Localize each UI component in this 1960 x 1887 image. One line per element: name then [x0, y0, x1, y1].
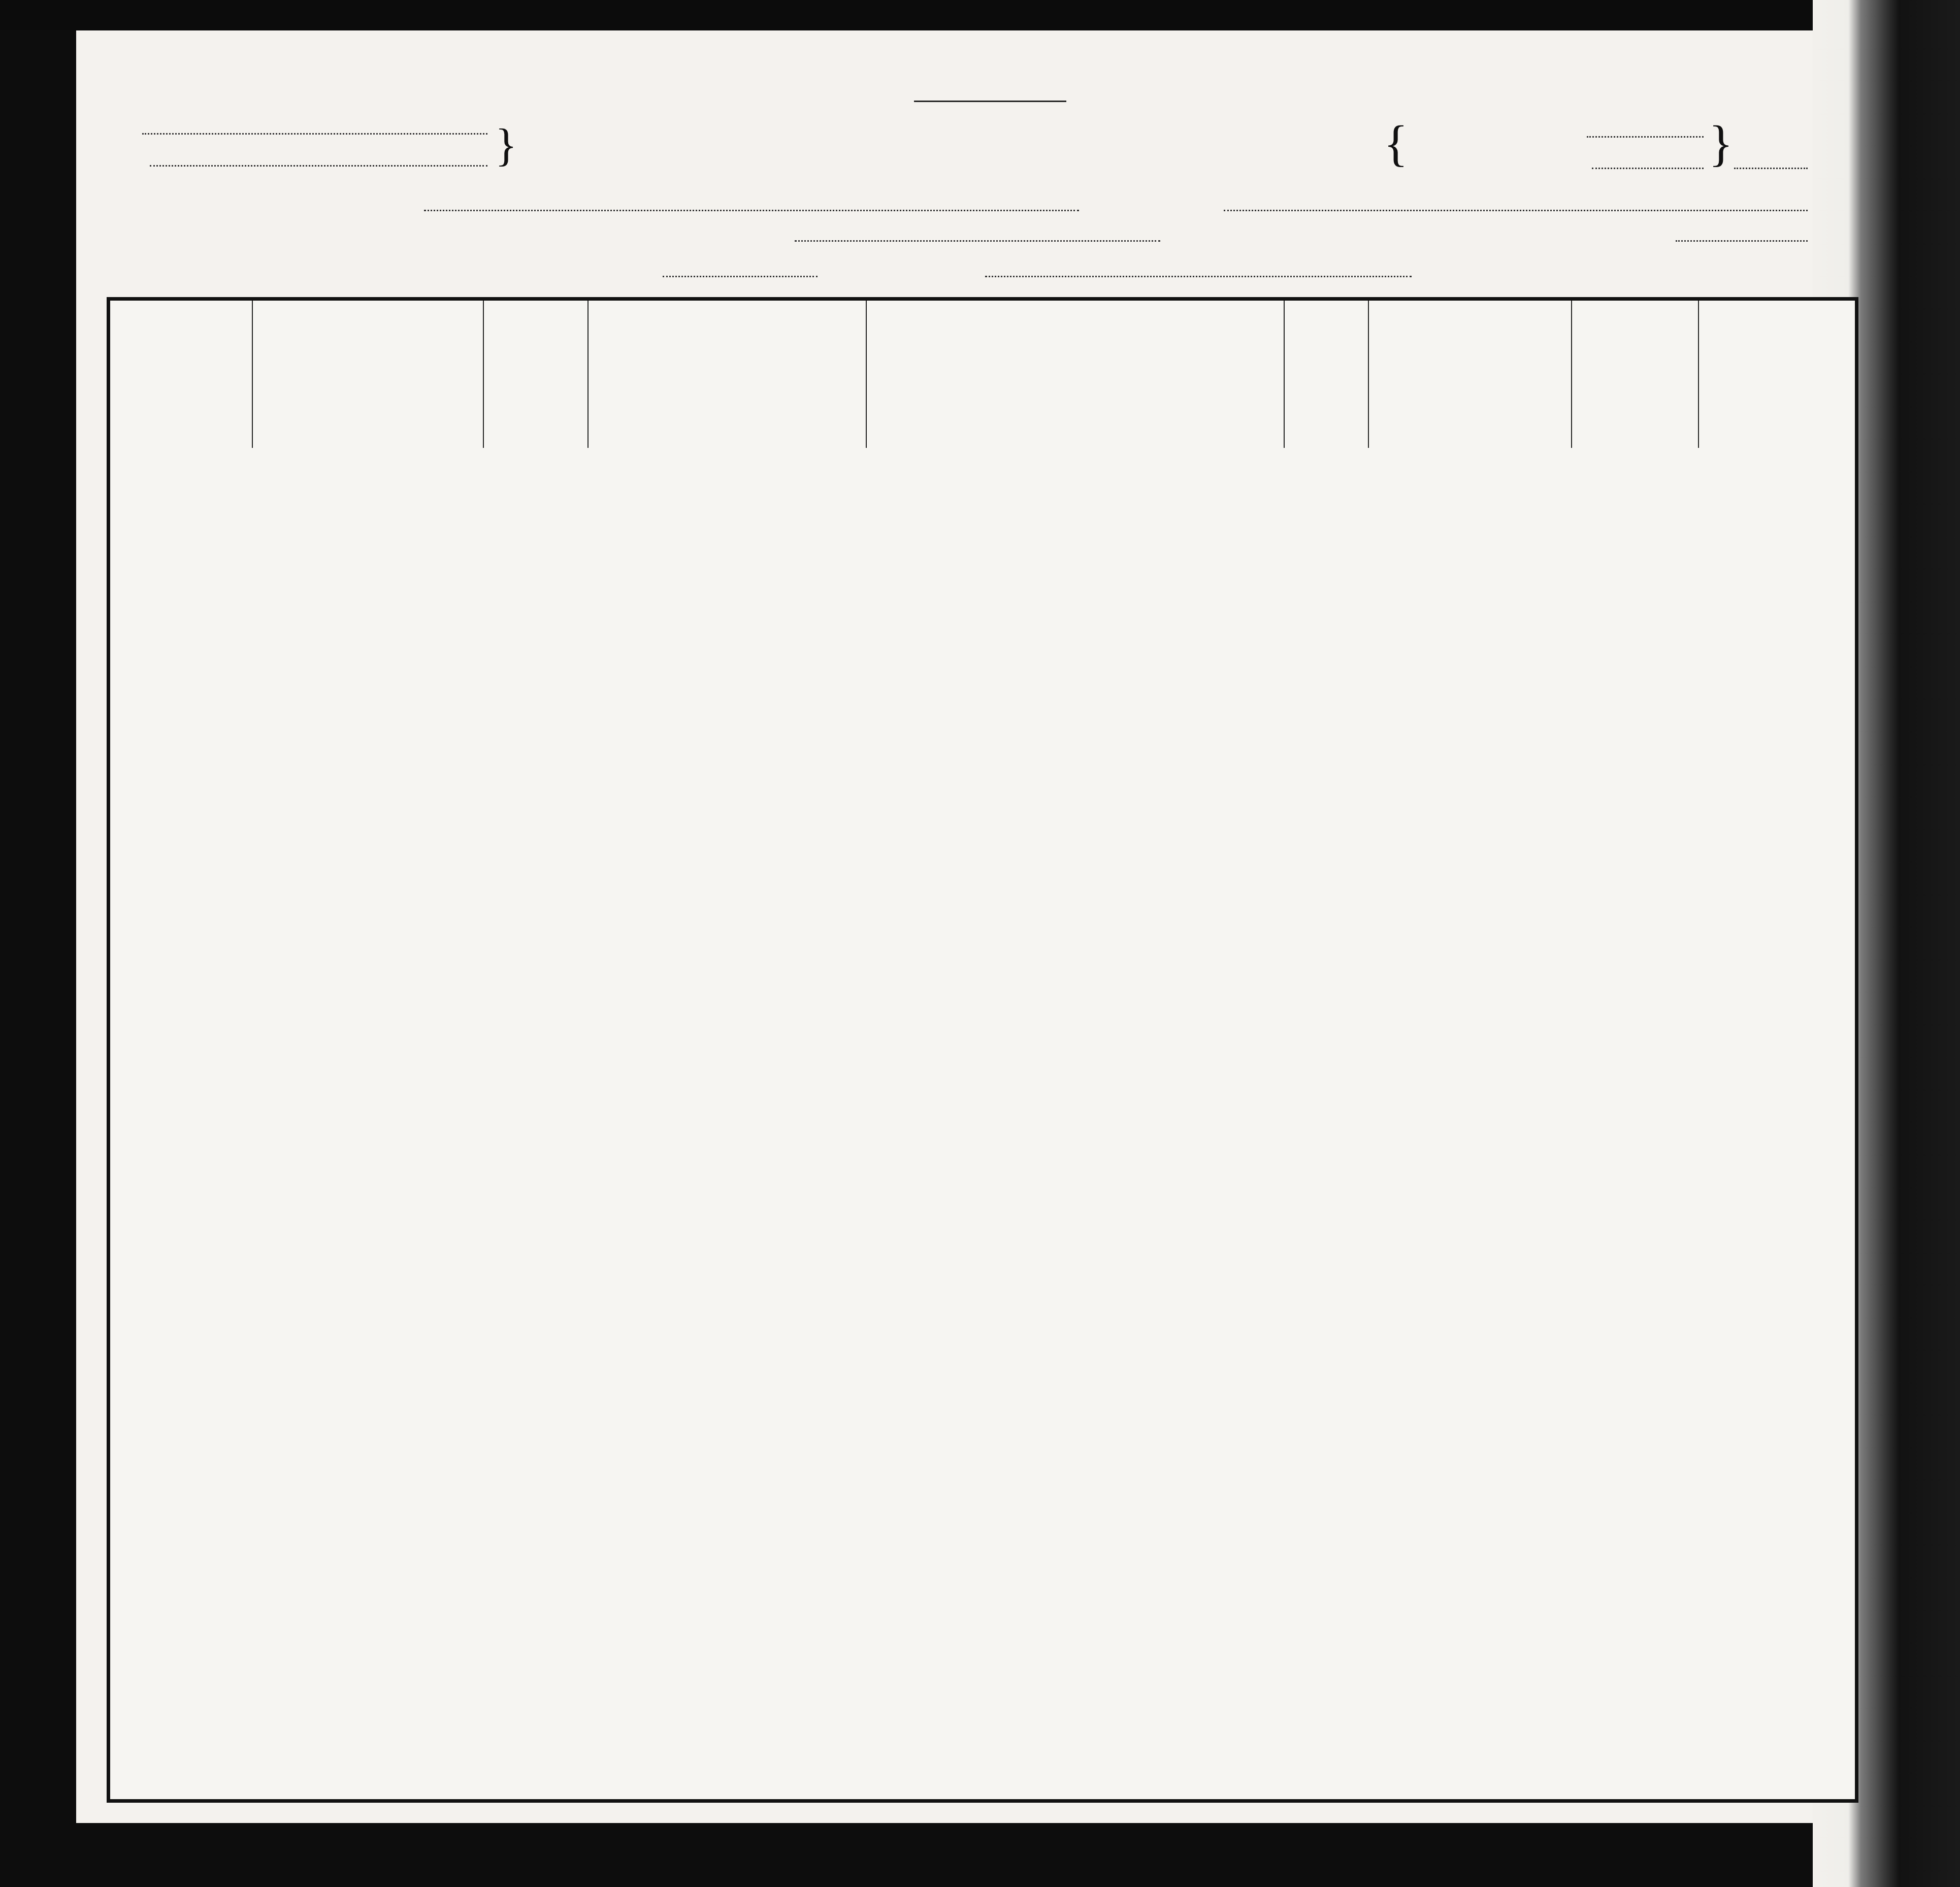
relation-description — [484, 312, 587, 347]
population-schedule-table — [107, 297, 1858, 1803]
name-instruction-surname — [253, 321, 483, 332]
sheet-line — [1734, 168, 1808, 169]
occupation-description — [1369, 312, 1571, 318]
city-line — [795, 240, 1160, 242]
citizenship-heading — [1285, 301, 1368, 312]
enumerator-line — [985, 276, 1412, 277]
name-instruction-include — [253, 332, 483, 343]
name-description — [253, 312, 483, 321]
header-relation — [484, 301, 589, 448]
scan-top-edge — [0, 0, 1960, 30]
header-citizenship — [1285, 301, 1369, 448]
brace-left: } — [495, 119, 517, 172]
header-nativity — [867, 301, 1285, 448]
education-heading — [1572, 301, 1698, 312]
state-line — [142, 133, 487, 135]
header-location — [110, 301, 253, 448]
township-line — [424, 210, 1079, 211]
institution-line — [1224, 210, 1808, 211]
header-education — [1572, 301, 1699, 448]
relation-heading — [484, 301, 587, 312]
day-line — [663, 276, 818, 277]
brace-open: { — [1384, 114, 1408, 173]
nativity-description — [867, 312, 1284, 316]
county-line — [150, 165, 487, 167]
header-personal-description — [589, 301, 867, 448]
nativity-heading — [867, 301, 1284, 312]
occupation-heading — [1369, 301, 1571, 312]
location-heading — [110, 301, 252, 312]
name-heading — [253, 301, 483, 312]
header-name — [253, 301, 484, 448]
ward-line — [1676, 240, 1808, 242]
title-rule — [914, 101, 1066, 102]
supervisor-line — [1587, 136, 1704, 138]
brace-close: } — [1709, 114, 1733, 173]
ownership-heading — [1699, 301, 1855, 312]
header-ownership — [1699, 301, 1855, 448]
personal-heading — [589, 301, 866, 312]
ed-line — [1592, 168, 1704, 169]
header-occupation — [1369, 301, 1572, 448]
